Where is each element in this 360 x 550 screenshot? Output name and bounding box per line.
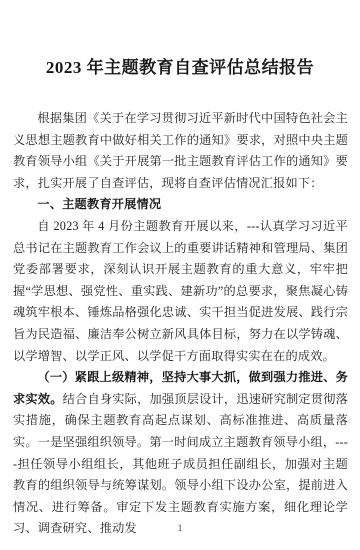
section-heading-1: 一、主题教育开展情况 [13, 194, 348, 216]
paragraph-item-1-rest: 结合自身实际，加强顶层设计，迅速研究制定贯彻落实措施，确保主题教育高起点谋划、高… [13, 392, 348, 536]
paragraph-section1-body: 自 2023 年 4 月份主题教育开展以来，---认真学习习近平总书记在主题教育… [13, 216, 348, 367]
document-body: 根据集团《关于在学习贯彻习近平新时代中国特色社会主义思想主题教育中做好相关工作的… [13, 108, 348, 540]
page-number: 1 [0, 523, 360, 533]
document-page: 2023 年主题教育自查评估总结报告 根据集团《关于在学习贯彻习近平新时代中国特… [0, 0, 360, 550]
paragraph-item-1: （一）紧跟上级精神，坚持大事大抓，做到强力推进、务求实效。结合自身实际，加强顶层… [13, 367, 348, 540]
document-title: 2023 年主题教育自查评估总结报告 [0, 0, 360, 79]
paragraph-intro: 根据集团《关于在学习贯彻习近平新时代中国特色社会主义思想主题教育中做好相关工作的… [13, 108, 348, 194]
